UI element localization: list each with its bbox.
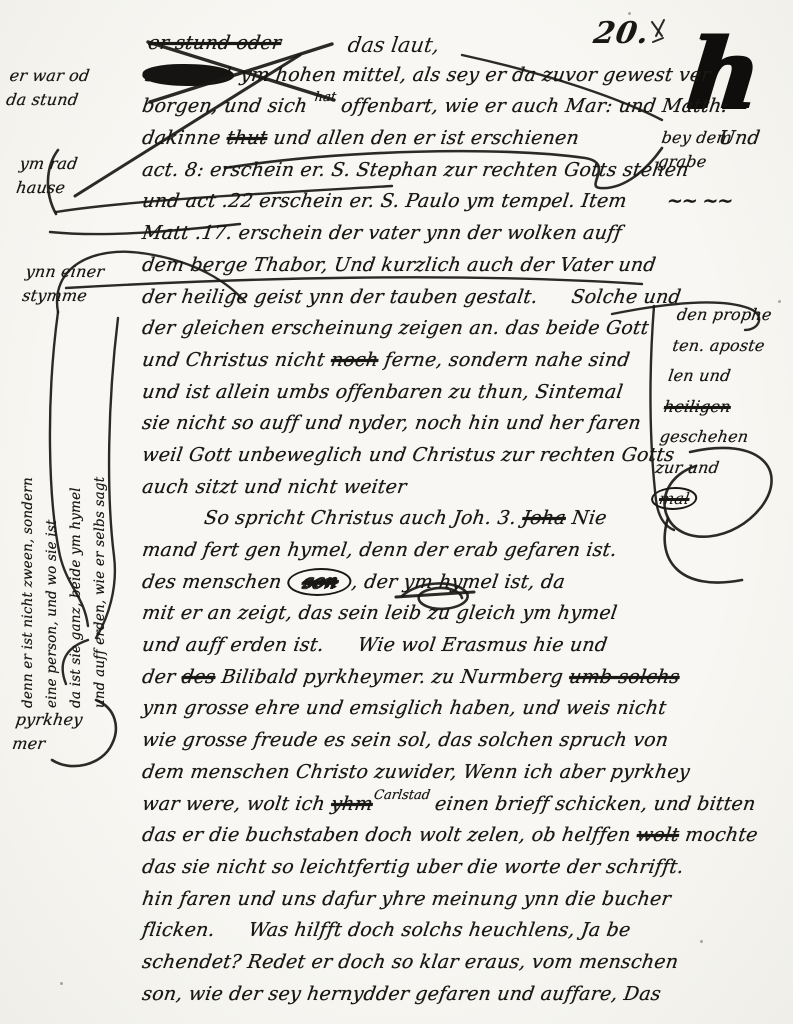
text-run: So spricht Christus auch Joh. 3. xyxy=(203,507,524,529)
text-run: ferne, sondern nahe sind xyxy=(377,349,632,371)
manuscript-line: borgen, und sich hat offenbart, wie er a… xyxy=(140,91,692,123)
manuscript-line: son, wie der sey hernydder gefaren und a… xyxy=(140,979,692,1011)
manuscript-line: des menschen son, der ym hymel ist, da xyxy=(140,567,692,599)
scan-speck xyxy=(628,12,631,15)
manuscript-line: hause xyxy=(15,176,76,200)
scan-speck xyxy=(60,982,63,985)
text-run: dakinne xyxy=(141,127,229,149)
manuscript-line: Matt .17. erschein der vater ynn der wol… xyxy=(140,218,692,250)
scan-speck xyxy=(778,300,781,303)
manuscript-line: er war od xyxy=(8,64,91,88)
manuscript-line: da ist sie ganz, beide ym hymel xyxy=(64,684,88,708)
text-run: schendet? Redet er doch so klar eraus, v… xyxy=(141,951,680,973)
text-run: pyrkhey xyxy=(14,710,84,729)
manuscript-line: dem berge Thabor, Und kurzlich auch der … xyxy=(140,250,692,282)
text-run: borgen, und sich xyxy=(141,95,315,117)
text-run: weil Gott unbeweglich und Christus zur r… xyxy=(141,444,676,466)
text-strike: wolt xyxy=(635,824,680,846)
text-run: auch sitzt und nicht weiter xyxy=(141,476,408,498)
text-run: hin faren und uns dafur yhre meinung ynn… xyxy=(141,888,673,910)
text-run: des menschen xyxy=(141,571,290,593)
text-strike: Joha xyxy=(521,507,568,529)
text-run: Matt .17. erschein der vater ynn der wol… xyxy=(141,222,623,244)
text-run: der xyxy=(141,666,183,688)
manuscript-line: weil Gott unbeweglich und Christus zur r… xyxy=(140,440,692,472)
text-run: , der ym hymel ist, da xyxy=(350,571,566,593)
text-run: mit er an zeigt, das sein leib zu gleich… xyxy=(141,602,619,624)
manuscript-line: und Christus nicht noch ferne, sondern n… xyxy=(140,345,692,377)
scan-speck xyxy=(700,940,703,943)
text-run: war were, wolt ich xyxy=(141,793,333,815)
text-run: eine person, und wo sie ist xyxy=(44,519,60,708)
text-run: offenbart, wie er auch Mar: und Matth: xyxy=(333,95,729,117)
text-circled: son xyxy=(286,568,354,596)
text-run: mer xyxy=(11,734,47,753)
margin-note-left-top: er war odda stund xyxy=(5,64,92,112)
manuscript-line: eine person, und wo sie ist xyxy=(40,684,64,708)
text-run: ym rad xyxy=(18,154,79,173)
manuscript-line: dakinne thut und allen den er ist erschi… xyxy=(140,123,692,155)
manuscript-line: auch sitzt und nicht weiter xyxy=(140,472,692,504)
text-run: son, wie der sey hernydder gefaren und a… xyxy=(141,983,663,1005)
text-run: er war od xyxy=(8,66,91,85)
text-run: dem berge Thabor, Und kurzlich auch der … xyxy=(141,254,658,276)
text-run: hause xyxy=(15,178,66,197)
text-run: da stund xyxy=(5,90,80,109)
margin-note-left-vertical: denn er ist nicht zween, sonderneine per… xyxy=(16,300,112,708)
text-run: Und xyxy=(717,127,761,149)
text-strike: yhm xyxy=(330,793,375,815)
manuscript-line: hin faren und uns dafur yhre meinung ynn… xyxy=(140,884,692,916)
manuscript-line: So spricht Christus auch Joh. 3. Joha Ni… xyxy=(140,503,692,535)
manuscript-line: er stund oder xyxy=(140,28,692,60)
manuscript-line: der gleichen erscheinung zeigen an. das … xyxy=(140,313,692,345)
text-strike: noch xyxy=(330,349,380,371)
manuscript-line: das er die buchstaben doch wolt zelen, o… xyxy=(140,820,692,852)
text-run: einen brieff schicken, und bitten xyxy=(427,793,757,815)
text-run: Wie wol Erasmus hie und xyxy=(356,634,608,656)
text-run: wie grosse freude es sein sol, das solch… xyxy=(141,729,670,751)
text-run: mand fert gen hymel, denn der erab gefar… xyxy=(141,539,619,561)
text-run: der heilige geist ynn der tauben gestalt… xyxy=(141,286,539,308)
text-run: Nie xyxy=(564,507,608,529)
margin-note-left-pyrkheymer: pyrkheymer xyxy=(11,708,85,756)
text-run: ym hohen mittel, als sey er da zuvor gew… xyxy=(233,64,713,86)
manuscript-line: act. 8: erschein er. S. Stephan zur rech… xyxy=(140,155,692,187)
text-run: sie nicht so auff und nyder, noch hin un… xyxy=(141,412,643,434)
manuscript-line: und auff erden, wie er selbs sagt xyxy=(88,684,112,708)
text-run: act. 8: erschein er. S. Stephan zur rech… xyxy=(141,159,690,181)
text-blot: schwebd xyxy=(141,64,236,86)
manuscript-line: der heilige geist ynn der tauben gestalt… xyxy=(140,282,692,314)
text-run: und ist allein umbs offenbaren zu thun, … xyxy=(141,381,625,403)
text-run: Bilibald pyrkheymer. zu Nurmberg xyxy=(214,666,571,688)
text-sup: hat xyxy=(314,90,337,105)
text-run: das er die buchstaben doch wolt zelen, o… xyxy=(141,824,639,846)
text-strike: thut xyxy=(225,127,269,149)
manuscript-line: der des Bilibald pyrkheymer. zu Nurmberg… xyxy=(140,662,692,694)
manuscript-line: schwebd ym hohen mittel, als sey er da z… xyxy=(140,60,692,92)
manuscript-line: flicken.Was hilfft doch solchs heuchlens… xyxy=(140,915,692,947)
text-run: mochte xyxy=(678,824,760,846)
text-sup: Carlstad xyxy=(373,788,431,803)
manuscript-line: und act .22 erschein er. S. Paulo ym tem… xyxy=(140,186,692,218)
manuscript-line: ynn grosse ehre und emsiglich haben, und… xyxy=(140,693,692,725)
margin-note-left-radhause: ym radhause xyxy=(15,152,80,200)
manuscript-line: denn er ist nicht zween, sondern xyxy=(16,684,40,708)
text-squiggle: ~~ ~~ xyxy=(665,190,733,212)
manuscript-line: da stund xyxy=(5,88,88,112)
text-strike: des xyxy=(180,666,217,688)
text-run: denn er ist nicht zween, sondern xyxy=(20,477,36,708)
manuscript-line: und ist allein umbs offenbaren zu thun, … xyxy=(140,377,692,409)
manuscript-line: ym rad xyxy=(18,152,79,176)
manuscript-line: wie grosse freude es sein sol, das solch… xyxy=(140,725,692,757)
manuscript-page: das laut, 20. h er war odda stund ym rad… xyxy=(0,0,793,1024)
text-run: ynn einer xyxy=(24,262,105,281)
text-strike: er stund oder xyxy=(147,32,283,54)
text-run: da ist sie ganz, beide ym hymel xyxy=(68,487,84,708)
manuscript-line: ynn einer xyxy=(24,260,106,284)
text-run: und allen den er ist erschienen xyxy=(266,127,581,149)
text-run: flicken. xyxy=(141,919,217,941)
manuscript-line: schendet? Redet er doch so klar eraus, v… xyxy=(140,947,692,979)
manuscript-line: pyrkhey xyxy=(14,708,84,732)
manuscript-line: sie nicht so auff und nyder, noch hin un… xyxy=(140,408,692,440)
manuscript-line: mand fert gen hymel, denn der erab gefar… xyxy=(140,535,692,567)
manuscript-line: mer xyxy=(11,732,81,756)
text-run: und auff erden, wie er selbs sagt xyxy=(92,477,108,708)
text-run: Was hilfft doch solchs heuchlens, Ja be xyxy=(247,919,632,941)
text-run: der gleichen erscheinung zeigen an. das … xyxy=(141,317,651,339)
text-run: das sie nicht so leichtfertig uber die w… xyxy=(141,856,685,878)
manuscript-line: das sie nicht so leichtfertig uber die w… xyxy=(140,852,692,884)
manuscript-body: er stund oderschwebd ym hohen mittel, al… xyxy=(140,28,688,1010)
text-run: und act .22 erschein er. S. Paulo ym tem… xyxy=(141,190,635,212)
manuscript-line: dem menschen Christo zuwider, Wenn ich a… xyxy=(140,757,692,789)
text-run: ynn grosse ehre und emsiglich haben, und… xyxy=(141,697,668,719)
text-run: und auff erden ist. xyxy=(141,634,326,656)
manuscript-line: war were, wolt ich yhmCarlstad einen bri… xyxy=(140,789,692,821)
text-run: Solche und xyxy=(570,286,682,308)
manuscript-line: und auff erden ist.Wie wol Erasmus hie u… xyxy=(140,630,692,662)
text-run: dem menschen Christo zuwider, Wenn ich a… xyxy=(141,761,692,783)
manuscript-line: mit er an zeigt, das sein leib zu gleich… xyxy=(140,598,692,630)
text-strike: umb solchs xyxy=(568,666,681,688)
text-run: und Christus nicht xyxy=(141,349,333,371)
